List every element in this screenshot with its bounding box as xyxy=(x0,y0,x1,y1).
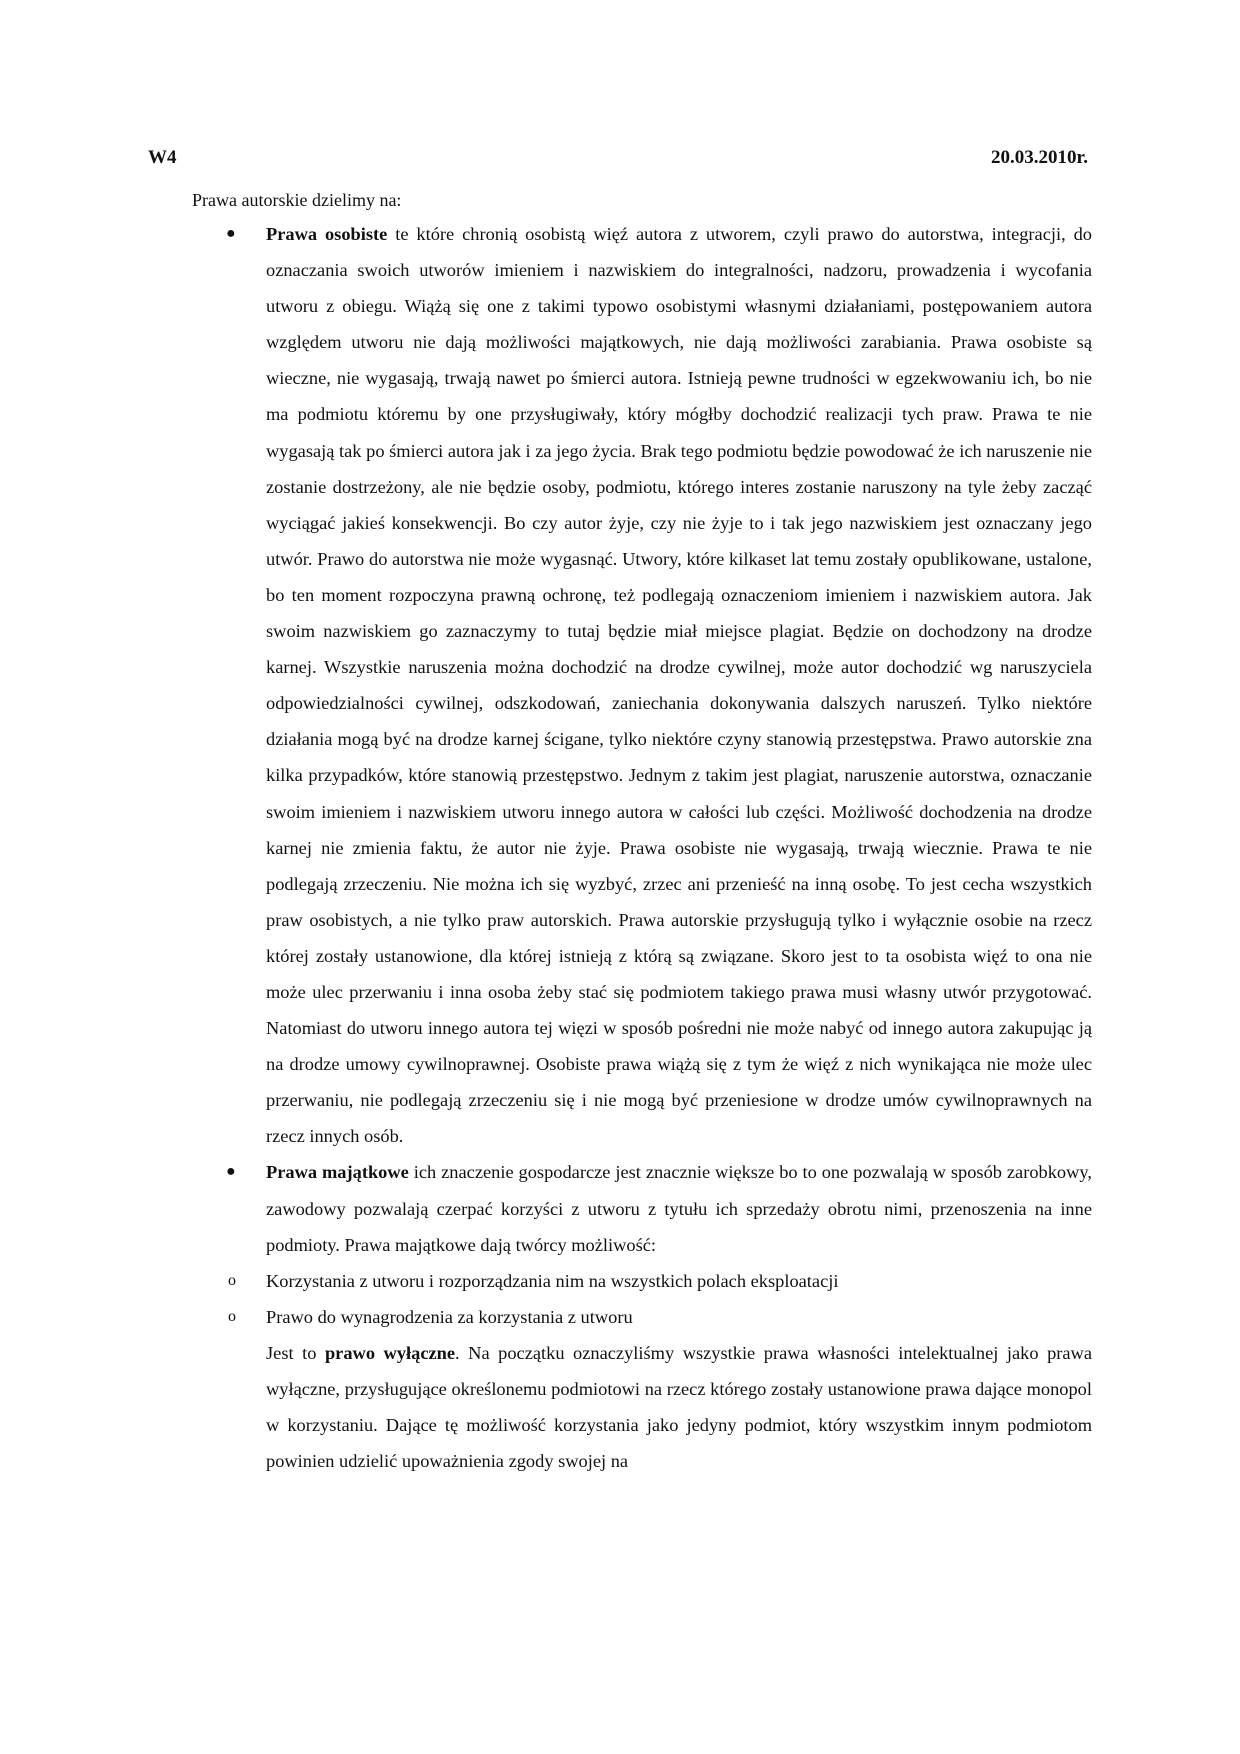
page-header: W4 20.03.2010r. xyxy=(148,147,1088,171)
exclusive-right-paragraph: Jest to prawo wyłączne. Na początku ozna… xyxy=(192,1335,1092,1479)
lecture-date: 20.03.2010r. xyxy=(991,147,1088,169)
sub-list-item: oKorzystania z utworu i rozporządzania n… xyxy=(192,1263,1092,1299)
tail-prefix: Jest to xyxy=(266,1343,325,1363)
term-personal-rights: Prawa osobiste xyxy=(266,224,387,244)
lecture-number: W4 xyxy=(148,147,177,169)
sub-list-item: oPrawo do wynagrodzenia za korzystania z… xyxy=(192,1299,1092,1335)
property-rights-sublist: oKorzystania z utworu i rozporządzania n… xyxy=(192,1263,1092,1335)
personal-rights-text: te które chronią osobistą więź autora z … xyxy=(266,224,1092,1146)
sub-item-text: Korzystania z utworu i rozporządzania ni… xyxy=(266,1271,838,1291)
document-page: W4 20.03.2010r. Prawa autorskie dzielimy… xyxy=(0,0,1240,1754)
bullet-icon: ● xyxy=(226,216,236,252)
intro-line: Prawa autorskie dzielimy na: xyxy=(192,182,401,218)
circle-bullet-icon: o xyxy=(228,1299,236,1335)
term-exclusive-right: prawo wyłączne xyxy=(325,1343,455,1363)
rights-list: ● Prawa osobiste te które chronią osobis… xyxy=(192,216,1092,1479)
term-property-rights: Prawa majątkowe xyxy=(266,1162,409,1182)
sub-item-text: Prawo do wynagrodzenia za korzystania z … xyxy=(266,1307,633,1327)
list-item-personal-rights: ● Prawa osobiste te które chronią osobis… xyxy=(192,216,1092,1154)
circle-bullet-icon: o xyxy=(228,1263,236,1299)
bullet-icon: ● xyxy=(226,1154,236,1190)
list-item-property-rights: ● Prawa majątkowe ich znaczenie gospodar… xyxy=(192,1154,1092,1262)
